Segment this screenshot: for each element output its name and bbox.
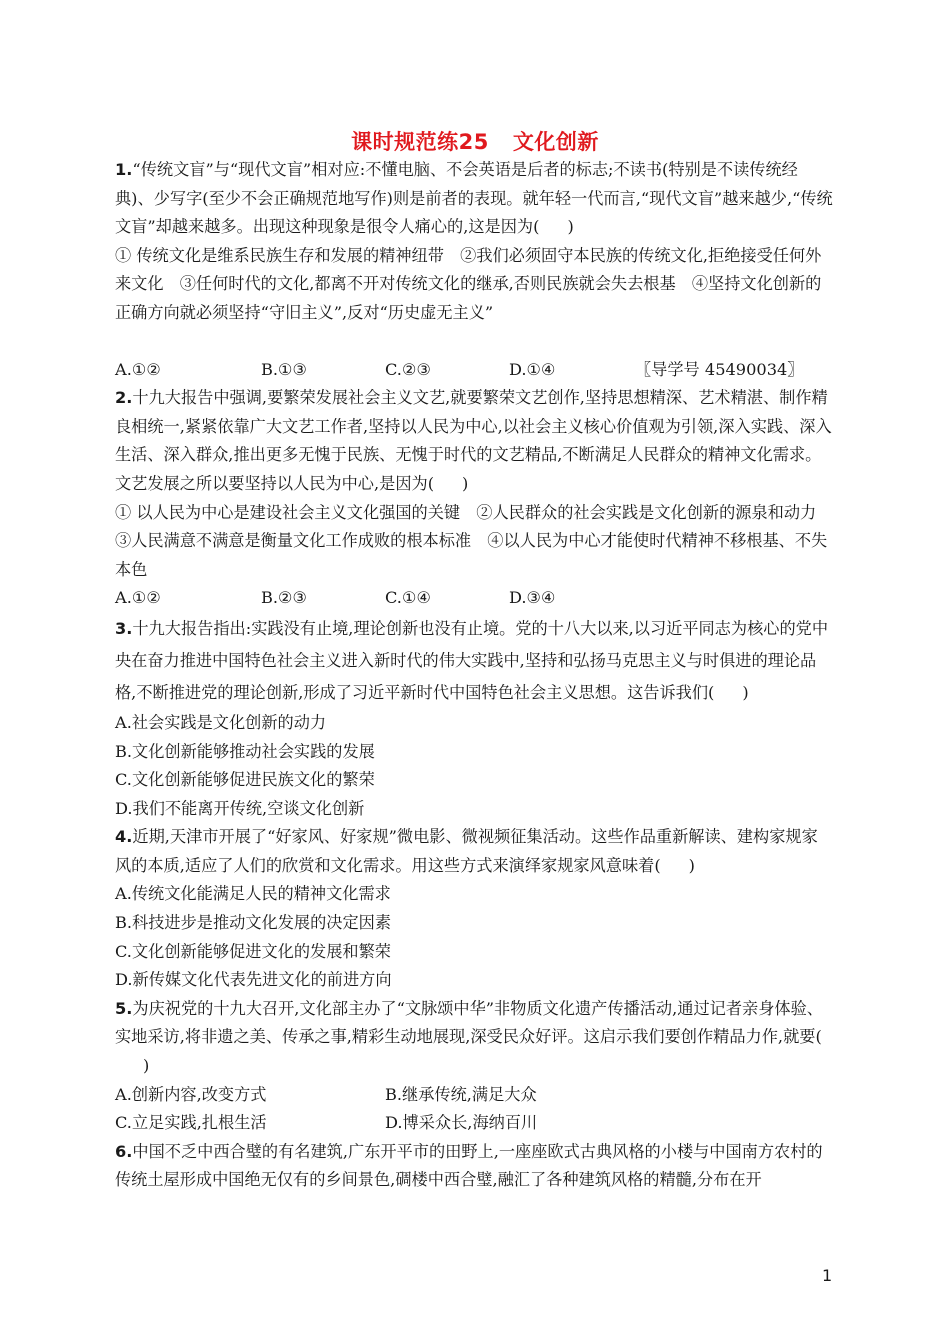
- option-d: D.③④: [509, 584, 635, 613]
- answer-options: A.①② B.①③ C.②③ D.①④ 〖导学号 45490034〗: [115, 356, 833, 385]
- option-b: B.科技进步是推动文化发展的决定因素: [115, 909, 833, 938]
- option-c: C.文化创新能够促进民族文化的繁荣: [115, 766, 833, 795]
- option-b: B.①③: [261, 356, 385, 385]
- question-stem: 2.十九大报告中强调,要繁荣发展社会主义文艺,就要繁荣文艺创作,坚持思想精深、艺…: [115, 384, 833, 498]
- question-6: 6.中国不乏中西合璧的有名建筑,广东开平市的田野上,一座座欧式古典风格的小楼与中…: [115, 1138, 833, 1195]
- question-statements: ① 以人民为中心是建设社会主义文化强国的关键 ②人民群众的社会实践是文化创新的源…: [115, 499, 833, 585]
- option-d: D.①④: [509, 356, 635, 385]
- option-d: D.我们不能离开传统,空谈文化创新: [115, 795, 833, 824]
- question-3: 3.十九大报告指出:实践没有止境,理论创新也没有止境。党的十八大以来,以习近平同…: [115, 613, 833, 823]
- question-stem: 6.中国不乏中西合璧的有名建筑,广东开平市的田野上,一座座欧式古典风格的小楼与中…: [115, 1138, 833, 1195]
- question-stem: 5.为庆祝党的十九大召开,文化部主办了“文脉颂中华”非物质文化遗产传播活动,通过…: [115, 995, 833, 1081]
- option-a: A.传统文化能满足人民的精神文化需求: [115, 880, 833, 909]
- title-main: 课时规范练25: [351, 130, 489, 154]
- answer-options: A.①② B.②③ C.①④ D.③④: [115, 584, 833, 613]
- option-b: B.②③: [261, 584, 385, 613]
- title-sub: 文化创新: [513, 130, 599, 154]
- question-list: 1.“传统文盲”与“现代文盲”相对应:不懂电脑、不会英语是后者的标志;不读书(特…: [115, 156, 833, 1195]
- option-b: B.继承传统,满足大众: [385, 1081, 537, 1110]
- option-a: A.创新内容,改变方式: [115, 1081, 385, 1110]
- option-a: A.①②: [115, 356, 261, 385]
- question-1: 1.“传统文盲”与“现代文盲”相对应:不懂电脑、不会英语是后者的标志;不读书(特…: [115, 156, 833, 384]
- question-stem: 1.“传统文盲”与“现代文盲”相对应:不懂电脑、不会英语是后者的标志;不读书(特…: [115, 156, 833, 242]
- question-2: 2.十九大报告中强调,要繁荣发展社会主义文艺,就要繁荣文艺创作,坚持思想精深、艺…: [115, 384, 833, 613]
- option-c: C.立足实践,扎根生活: [115, 1109, 385, 1138]
- question-stem: 3.十九大报告指出:实践没有止境,理论创新也没有止境。党的十八大以来,以习近平同…: [115, 613, 833, 709]
- question-statements: ① 传统文化是维系民族生存和发展的精神纽带 ②我们必须固守本民族的传统文化,拒绝…: [115, 242, 833, 328]
- option-c: C.②③: [385, 356, 509, 385]
- page-title: 课时规范练25文化创新: [0, 126, 950, 156]
- option-a: A.①②: [115, 584, 261, 613]
- answer-options-row-2: C.立足实践,扎根生活 D.博采众长,海纳百川: [115, 1109, 833, 1138]
- option-c: C.文化创新能够促进文化的发展和繁荣: [115, 938, 833, 967]
- option-c: C.①④: [385, 584, 509, 613]
- option-b: B.文化创新能够推动社会实践的发展: [115, 738, 833, 767]
- question-stem: 4.近期,天津市开展了“好家风、好家规”微电影、微视频征集活动。这些作品重新解读…: [115, 823, 833, 880]
- guide-number: 〖导学号 45490034〗: [635, 356, 803, 385]
- option-a: A.社会实践是文化创新的动力: [115, 709, 833, 738]
- question-5: 5.为庆祝党的十九大召开,文化部主办了“文脉颂中华”非物质文化遗产传播活动,通过…: [115, 995, 833, 1138]
- option-d: D.新传媒文化代表先进文化的前进方向: [115, 966, 833, 995]
- document-page: 课时规范练25文化创新 1.“传统文盲”与“现代文盲”相对应:不懂电脑、不会英语…: [0, 0, 950, 1344]
- option-d: D.博采众长,海纳百川: [385, 1109, 537, 1138]
- question-4: 4.近期,天津市开展了“好家风、好家规”微电影、微视频征集活动。这些作品重新解读…: [115, 823, 833, 995]
- page-number: 1: [822, 1266, 832, 1285]
- answer-options-row-1: A.创新内容,改变方式 B.继承传统,满足大众: [115, 1081, 833, 1110]
